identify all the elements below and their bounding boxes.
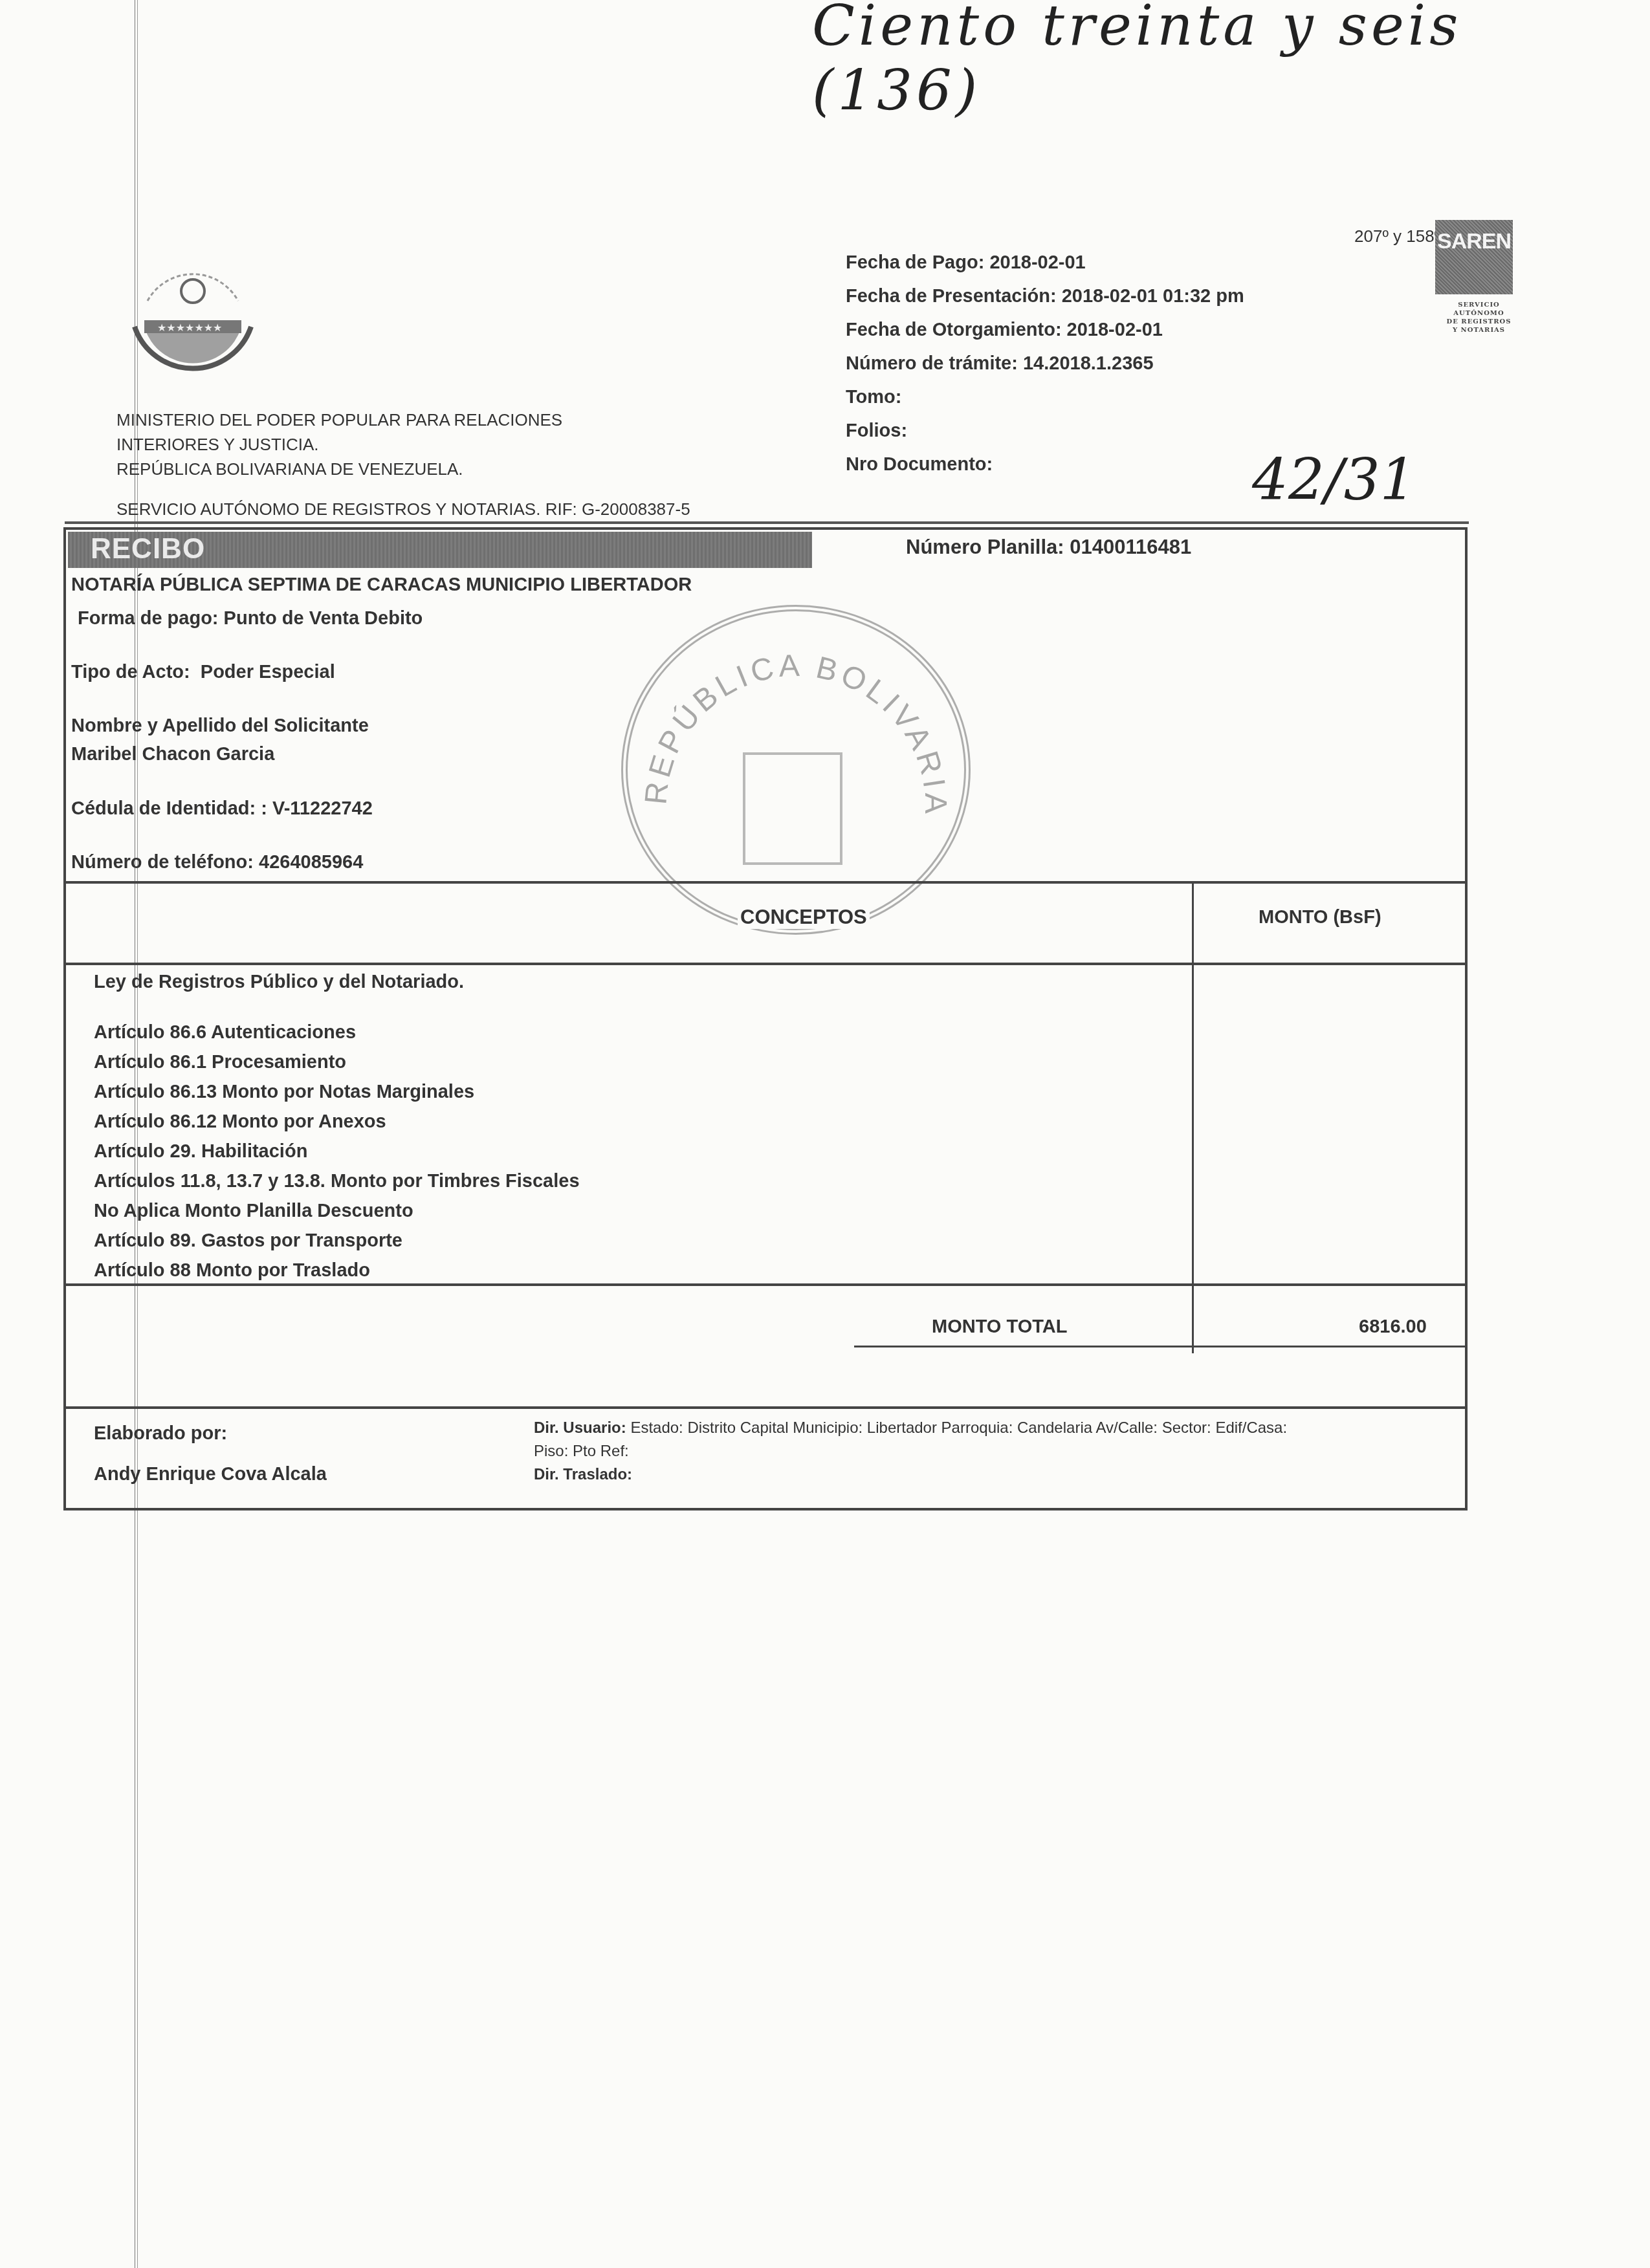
concepts-bottom-rule (65, 1283, 1468, 1286)
fecha-otorgamiento: Fecha de Otorgamiento: 2018-02-01 (846, 320, 1244, 353)
footer-rule (65, 1406, 1468, 1409)
elaborado-value: Andy Enrique Cova Alcala (94, 1464, 327, 1485)
amount-header: MONTO (BsF) (1259, 907, 1381, 928)
concept-item: Artículo 86.12 Monto por Anexos (94, 1111, 580, 1141)
telefono: Número de teléfono: 4264085964 (71, 852, 363, 873)
ministry-line-3: REPÚBLICA BOLIVARIANA DE VENEZUELA. (116, 457, 562, 481)
dir-traslado: Dir. Traslado: (534, 1463, 1287, 1487)
header-rule (65, 521, 1469, 524)
saren-subtitle-3: Y NOTARIAS (1435, 326, 1523, 334)
fecha-pago: Fecha de Pago: 2018-02-01 (846, 252, 1244, 286)
total-bottom-rule (854, 1346, 1468, 1347)
notaria-name: NOTARÍA PÚBLICA SEPTIMA DE CARACAS MUNIC… (71, 574, 692, 596)
nro-documento: Nro Documento: (846, 454, 1244, 488)
forma-pago: Forma de pago: Punto de Venta Debito (78, 608, 423, 629)
concepts-list: Artículo 86.6 Autenticaciones Artículo 8… (94, 1022, 580, 1290)
official-notary-seal: REPÚBLICA BOLIVARIANA DE VENEZUELA · NOT… (621, 605, 971, 935)
saren-logo: SAREN SERVICIO AUTÓNOMO DE REGISTROS Y N… (1435, 220, 1523, 362)
solicitante-label: Nombre y Apellido del Solicitante (71, 715, 369, 737)
service-rif-line: SERVICIO AUTÓNOMO DE REGISTROS Y NOTARIA… (116, 499, 690, 519)
concept-item: Artículo 86.6 Autenticaciones (94, 1022, 580, 1052)
concept-item: No Aplica Monto Planilla Descuento (94, 1201, 580, 1230)
ministry-name: MINISTERIO DEL PODER POPULAR PARA RELACI… (116, 408, 562, 481)
svg-text:REPÚBLICA BOLIVARIANA DE VENEZ: REPÚBLICA BOLIVARIANA DE VENEZUELA · NOT… (628, 611, 952, 818)
concept-item: Artículos 11.8, 13.7 y 13.8. Monto por T… (94, 1171, 580, 1201)
numero-planilla: Número Planilla: 01400116481 (906, 536, 1191, 559)
saren-subtitle-2: DE REGISTROS (1435, 318, 1523, 326)
ministry-seal-logo: ★★★★★★★ (122, 256, 264, 404)
concepts-header: CONCEPTOS (738, 906, 870, 929)
ministry-line-1: MINISTERIO DEL PODER POPULAR PARA RELACI… (116, 408, 562, 432)
tipo-acto: Tipo de Acto: Poder Especial (71, 662, 335, 683)
tomo: Tomo: (846, 387, 1244, 420)
saren-subtitle-1: SERVICIO AUTÓNOMO (1435, 301, 1523, 318)
svg-text:★★★★★★★: ★★★★★★★ (157, 323, 222, 334)
law-title: Ley de Registros Público y del Notariado… (94, 972, 464, 993)
table-top-rule (65, 881, 1468, 884)
concept-item: Artículo 29. Habilitación (94, 1141, 580, 1171)
elaborado-label: Elaborado por: (94, 1423, 227, 1445)
concept-item: Artículo 86.1 Procesamiento (94, 1052, 580, 1082)
total-label: MONTO TOTAL (932, 1316, 1067, 1338)
numero-tramite: Número de trámite: 14.2018.1.2365 (846, 353, 1244, 387)
folios: Folios: (846, 420, 1244, 454)
handwritten-page-count: Ciento treinta y seis (136) (812, 0, 1650, 123)
concept-item: Artículo 89. Gastos por Transporte (94, 1230, 580, 1260)
footer-addresses: Dir. Usuario: Estado: Distrito Capital M… (534, 1417, 1287, 1487)
handwritten-folio: 42/31 (1252, 446, 1416, 513)
ministry-line-2: INTERIORES Y JUSTICIA. (116, 432, 562, 457)
table-header-rule (65, 963, 1468, 965)
fecha-presentacion: Fecha de Presentación: 2018-02-01 01:32 … (846, 286, 1244, 320)
concept-item: Artículo 86.13 Monto por Notas Marginale… (94, 1082, 580, 1111)
dir-usuario: Dir. Usuario: Estado: Distrito Capital M… (534, 1417, 1287, 1440)
dir-usuario-line2: Piso: Pto Ref: (534, 1440, 1287, 1463)
solicitante-name: Maribel Chacon Garcia (71, 744, 274, 765)
total-value: 6816.00 (1359, 1316, 1427, 1338)
cedula: Cédula de Identidad: : V-11222742 (71, 798, 373, 820)
years-label: 207º y 158º (1354, 226, 1440, 246)
amount-column-divider (1192, 881, 1194, 1353)
saren-logo-box: SAREN (1435, 220, 1513, 294)
recibo-title: RECIBO (91, 533, 205, 565)
receipt-info-block: Fecha de Pago: 2018-02-01 Fecha de Prese… (846, 252, 1244, 488)
saren-logo-subtitle: SERVICIO AUTÓNOMO DE REGISTROS Y NOTARIA… (1435, 301, 1523, 334)
